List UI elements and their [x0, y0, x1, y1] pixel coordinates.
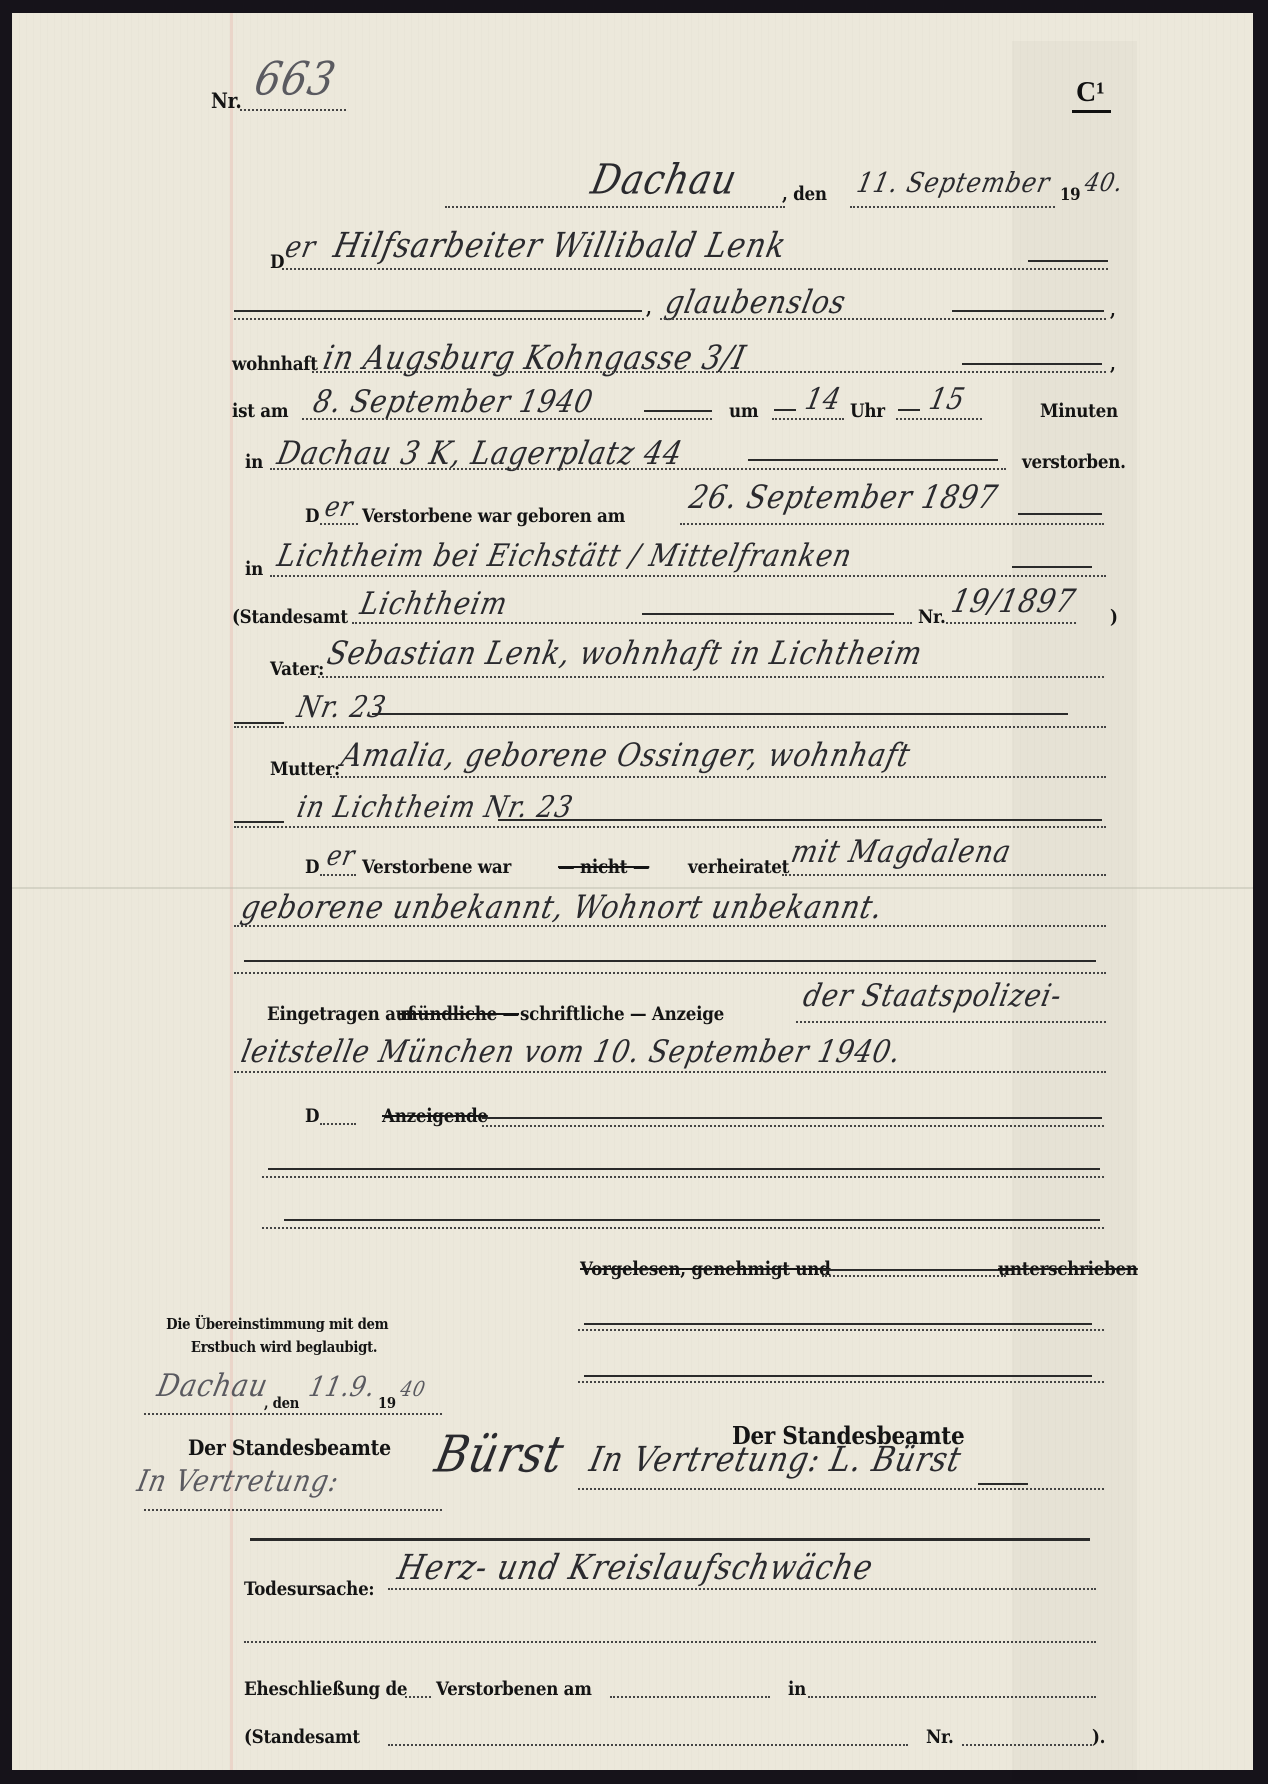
fill-dash [1028, 260, 1108, 262]
certificate-page: Nr. 663 C¹ Dachau , den 11. September 19… [12, 13, 1253, 1770]
number-label: Nr. [211, 88, 242, 113]
marital-line2: geborene unbekannt, Wohnort unbekannt. [238, 888, 887, 926]
fill-dash [234, 722, 284, 724]
year-suffix: 40. [1082, 169, 1126, 198]
father-line2: Nr. 23 [294, 691, 389, 726]
registration-label-mid: schriftliche — Anzeige [520, 1003, 724, 1025]
signature-dotted-line-1 [578, 1329, 1104, 1331]
fill-dash [748, 459, 998, 461]
certification-line2: Erstbuch wird beglaubigt. [182, 1338, 386, 1356]
fill-dash [644, 410, 712, 412]
year-prefix: 19 [1060, 185, 1080, 205]
birth-nr-value: 19/1897 [948, 582, 1079, 620]
registration-line2: leitstelle München vom 10. September 194… [238, 1034, 905, 1070]
informant-strike-line [268, 1168, 1100, 1170]
cause-of-death-label: Todesursache: [244, 1578, 374, 1600]
wohnhaft-label: wohnhaft [232, 353, 318, 375]
fill-dash [642, 613, 894, 615]
scan-shading [1012, 41, 1137, 1781]
date-value: 11. September [854, 167, 1053, 199]
death-place-value: Dachau 3 K, Lagerplatz 44 [274, 434, 686, 472]
religion-dotted-line-left [234, 318, 644, 320]
comma: , [646, 297, 652, 319]
name-dotted-line [282, 268, 1108, 270]
died-date-dotted-line [302, 418, 712, 420]
informant-article-dotted-line [320, 1123, 356, 1125]
informant-prefix: D [305, 1105, 319, 1127]
certification-year-prefix: 19 [378, 1394, 396, 1412]
informant-dotted-line-1 [482, 1125, 1104, 1127]
birth-nr-dotted-line [946, 622, 1076, 624]
cause-of-death-value: Herz- und Kreislaufschwäche [394, 1548, 877, 1588]
date-dotted-line [850, 206, 1055, 208]
certification-place-dotted-line [144, 1413, 442, 1415]
marital-label: Verstorbene war [362, 856, 511, 878]
place-dotted-line [445, 206, 785, 208]
died-label: ist am [232, 400, 288, 422]
father-label: Vater: [270, 658, 324, 680]
mother-dotted-line-2 [234, 826, 1106, 828]
marriage-standesamt-label: (Standesamt [244, 1726, 360, 1748]
marital-line1: mit Magdalena [788, 834, 1015, 870]
death-place-dotted-line [270, 468, 1006, 470]
fill-dash [372, 713, 1068, 715]
minute-dotted-line [896, 418, 982, 420]
fill-dash [234, 310, 642, 312]
minuten-label: Minuten [1040, 400, 1118, 422]
marital-article-suffix: er [324, 840, 359, 872]
signed-label: unterschrieben [998, 1258, 1138, 1280]
marriage-article-dotted-line [405, 1696, 431, 1698]
marriage-nr-dotted-line [962, 1744, 1092, 1746]
marital-dotted-line-1 [782, 874, 1106, 876]
marriage-nr-label: Nr. [926, 1726, 954, 1748]
hour-value: 14 [802, 383, 844, 418]
birth-standesamt-value: Lichtheim [357, 586, 511, 622]
article-suffix: er [282, 231, 319, 266]
marital-dotted-line-2 [234, 925, 1106, 927]
birth-standesamt-label: (Standesamt [232, 606, 348, 628]
informant-strike-line [284, 1219, 1100, 1221]
read-approved-strike-line [822, 1269, 1012, 1271]
certification-date: 11.9. [306, 1371, 379, 1403]
certification-registrar-signature: In Vertretung: [134, 1465, 342, 1500]
signature-dotted-line-2 [578, 1381, 1104, 1383]
religion-dotted-line-right [660, 318, 1106, 320]
birth-article-dotted-line [320, 523, 358, 525]
death-place-in-label: in [245, 451, 263, 473]
registration-dotted-line-1 [796, 1021, 1106, 1023]
read-approved-label-struck: Vorgelesen, genehmigt und [580, 1258, 831, 1280]
marital-article-prefix: D [305, 856, 319, 878]
name-occupation: Hilfsarbeiter Willibald Lenk [330, 226, 790, 266]
uhr-label: Uhr [850, 400, 885, 422]
fill-dash [1012, 566, 1092, 568]
certification-den-label: , den [264, 1394, 299, 1412]
fill-dash [978, 1483, 1028, 1485]
birth-place-value: Lichtheim bei Eichstätt / Mittelfranken [274, 538, 856, 574]
signature-strike-line [584, 1323, 1092, 1325]
form-code: C¹ [1072, 77, 1111, 113]
margin-line [230, 13, 233, 1770]
comma: , [1110, 299, 1116, 321]
birth-date: 26. September 1897 [686, 478, 1002, 516]
marriage-place-dotted-line [808, 1696, 1096, 1698]
birth-place-dotted-line [270, 575, 1106, 577]
registration-dotted-line-2 [234, 1071, 1106, 1073]
registrar-dotted-line [578, 1488, 1104, 1490]
registration-struck-word: mündliche — [400, 1003, 519, 1025]
fill-dash [774, 409, 796, 411]
mother-line1: Amalia, geborene Ossinger, wohnhaft [338, 736, 914, 774]
fill-dash [1018, 513, 1102, 515]
register-number: 663 [250, 53, 341, 106]
um-label: um [729, 400, 758, 422]
cause-of-death-dotted-line [388, 1588, 1096, 1590]
birth-place-in-label: in [245, 558, 263, 580]
birth-label: Verstorbene war geboren am [362, 505, 625, 527]
marriage-date-dotted-line [610, 1696, 770, 1698]
fill-dash [952, 310, 1104, 312]
fill-dash [898, 409, 920, 411]
place-value: Dachau [587, 157, 741, 204]
certification-line1: Die Übereinstimmung mit dem [162, 1315, 393, 1333]
minute-value: 15 [926, 383, 968, 418]
read-approved-dotted-line [822, 1275, 1006, 1277]
certification-signature-flourish: Bürst [430, 1425, 569, 1484]
marriage-close-paren: ). [1092, 1726, 1105, 1748]
marriage-in-label: in [788, 1678, 806, 1700]
mother-dotted-line-1 [330, 776, 1106, 778]
informant-dotted-line-3 [262, 1227, 1104, 1229]
certification-registrar-label: Der Standesbeamte [188, 1435, 391, 1460]
birth-article-suffix: er [322, 491, 357, 523]
died-date: 8. September 1940 [310, 384, 597, 420]
informant-strike-line [482, 1117, 1102, 1119]
birth-date-dotted-line [680, 523, 1104, 525]
close-paren: ) [1110, 606, 1118, 628]
birth-nr-label: Nr. [918, 606, 946, 628]
comma: , [1110, 353, 1116, 375]
registration-line1: der Staatspolizei- [800, 978, 1065, 1014]
fill-dash [244, 960, 1096, 962]
marital-article-dotted-line [320, 874, 356, 876]
number-dotted-line [240, 109, 346, 111]
registration-label-start: Eingetragen auf [267, 1003, 414, 1025]
religion-value: glaubenslos [662, 283, 850, 321]
marriage-label: Eheschließung de [244, 1678, 407, 1700]
father-dotted-line-1 [318, 676, 1104, 678]
verheiratet-label: verheiratet [688, 856, 789, 878]
den-label: , den [782, 183, 827, 205]
fill-dash [498, 819, 1102, 821]
informant-dotted-line-2 [262, 1176, 1104, 1178]
fill-dash [234, 821, 284, 823]
cause-of-death-dotted-line-2 [244, 1641, 1096, 1643]
informant-label: Anzeigende [382, 1105, 488, 1127]
section-separator [250, 1538, 1090, 1541]
certification-place: Dachau [154, 1368, 271, 1404]
marriage-standesamt-dotted-line [388, 1744, 908, 1746]
hour-dotted-line [772, 418, 844, 420]
father-dotted-line-2 [234, 726, 1106, 728]
verstorben-label: verstorben. [1022, 451, 1126, 473]
registrar-signature: In Vertretung: L. Bürst [586, 1440, 965, 1480]
father-line1: Sebastian Lenk, wohnhaft in Lichtheim [324, 634, 926, 672]
marital-struck-nicht: — nicht — [558, 856, 649, 878]
signature-strike-line [584, 1375, 1092, 1377]
fill-dash [962, 363, 1102, 365]
birth-article-prefix: D [305, 505, 319, 527]
residence-dotted-line [312, 371, 1106, 373]
birth-standesamt-dotted-line [352, 622, 912, 624]
certification-year-suffix: 40 [398, 1378, 428, 1402]
marital-dotted-line-3 [234, 972, 1106, 974]
marriage-label2: Verstorbenen am [436, 1678, 592, 1700]
certification-signature-dotted-line [144, 1509, 442, 1511]
